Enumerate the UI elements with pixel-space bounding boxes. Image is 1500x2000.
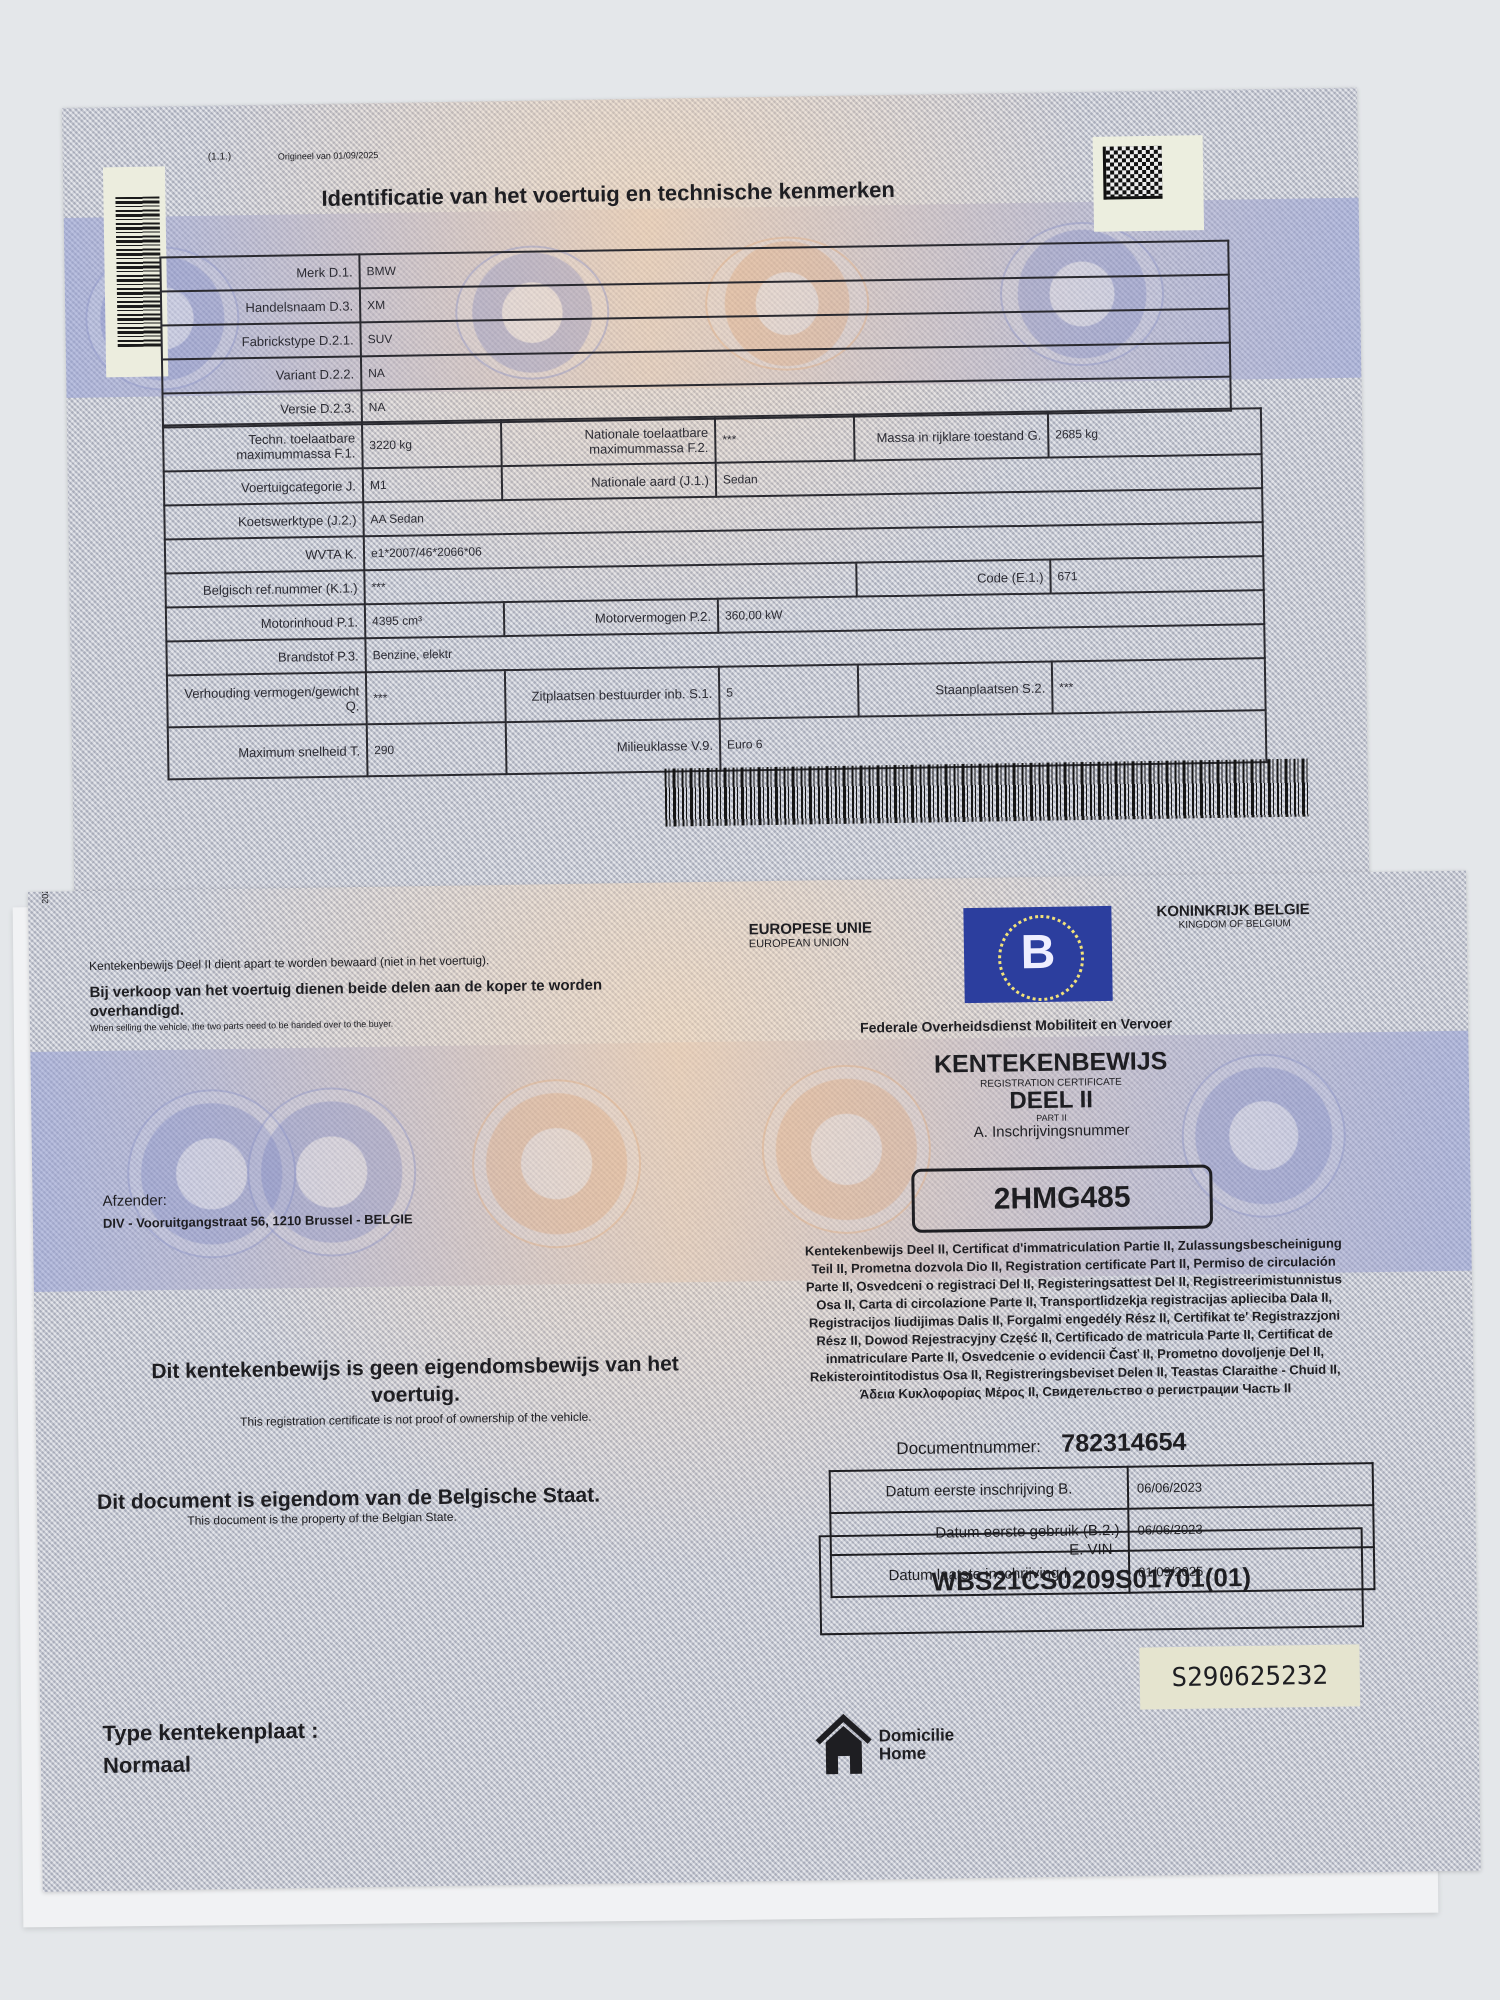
label-ref-nummer: Belgisch ref.nummer (K.1.) <box>165 570 365 607</box>
doc-number-label: Documentnummer: <box>896 1437 1041 1459</box>
property-notice-en: This document is the property of the Bel… <box>187 1510 457 1528</box>
label-massa-rijklaar: Massa in rijklare toestand <box>876 427 1024 444</box>
home-label: Domicilie Home <box>878 1726 954 1763</box>
label-nat-aard: Nationale aard (J.1.) <box>502 463 717 500</box>
side-code: 2022_13 <box>40 871 51 904</box>
label-milieuklasse: Milieuklasse V.9. <box>506 719 721 774</box>
label-wvta: WVTA K. <box>165 536 365 573</box>
home-icon <box>813 1712 874 1777</box>
ownership-notice-en: This registration certificate is not pro… <box>136 1408 696 1430</box>
serial-number: S290625232 <box>1139 1644 1360 1709</box>
date-code: B. <box>1058 1480 1072 1497</box>
value-motorinhoud: 4395 cm³ <box>365 602 505 638</box>
registration-sheet: 2022_13 Kentekenbewijs Deel II dient apa… <box>28 871 1481 1892</box>
label-verhouding: Verhouding vermogen/gewicht <box>184 683 359 701</box>
label-motorvermogen: Motorvermogen P.2. <box>504 599 719 636</box>
label-motorinhoud: Motorinhoud P.1. <box>166 604 366 641</box>
vin-value: WBS21CS0209S01701(01) <box>821 1560 1361 1599</box>
eu-flag-icon: B <box>963 906 1112 1003</box>
label-koetswerk: Koetswerktype (J.2.) <box>164 502 364 539</box>
multilingual-titles: Kentekenbewijs Deel II, Certificat d'imm… <box>803 1235 1345 1405</box>
vin-label: E. VIN <box>821 1537 1361 1562</box>
plate-type: Normaal <box>103 1752 191 1779</box>
form-code: (1.1.) <box>208 151 232 162</box>
doc-number: 782314654 <box>1061 1428 1187 1459</box>
notice-sale-en: When selling the vehicle, the two parts … <box>90 1019 393 1033</box>
vertical-barcode <box>103 166 168 377</box>
date-value: 06/06/2023 <box>1128 1463 1374 1509</box>
tech-table-identity: Merk D.1.BMW Handelsnaam D.3.XM Fabricks… <box>159 240 1232 429</box>
notice-sale: Bij verkoop van het voertuig dienen beid… <box>89 975 650 1021</box>
registration-number: 2HMG485 <box>911 1164 1213 1232</box>
value-categorie: M1 <box>363 466 503 502</box>
value-verhouding: *** <box>366 670 506 724</box>
cert-title: KENTEKENBEWIJS <box>910 1047 1190 1080</box>
value-zitplaatsen: 5 <box>719 665 859 719</box>
label-variant: Variant D.2.2. <box>162 356 362 393</box>
notice-keep-separate: Kentekenbewijs Deel II dient apart te wo… <box>89 953 489 973</box>
date-label: Datum eerste inschrijving <box>885 1480 1054 1499</box>
value-techn-mass: 3220 kg <box>362 420 502 468</box>
plate-type-label: Type kentekenplaat : <box>102 1718 318 1747</box>
code-q: Q. <box>346 698 360 713</box>
label-zitplaatsen: Zitplaatsen bestuurder inb. <box>531 686 685 703</box>
authority: Federale Overheidsdienst Mobiliteit en V… <box>860 1015 1172 1036</box>
eu-label-en: EUROPEAN UNION <box>749 937 849 950</box>
label-brandstof: Brandstof P.3. <box>166 638 366 675</box>
technical-sheet: (1.1.) Origineel van 01/09/2025 Identifi… <box>62 88 1369 898</box>
code-g: G. <box>1027 427 1041 442</box>
code-f1: F.1. <box>334 445 355 460</box>
horizontal-barcode <box>664 758 1310 826</box>
value-code-e1: 671 <box>1050 556 1264 593</box>
label-staanplaatsen: Staanplaatsen S.2. <box>858 662 1053 717</box>
value-max-snelheid: 290 <box>367 722 507 776</box>
label-merk: Merk D.1. <box>160 254 360 291</box>
ownership-notice: Dit kentekenbewijs is geen eigendomsbewi… <box>135 1350 696 1412</box>
code-f2: F.2. <box>687 440 708 455</box>
label-categorie: Voertuigcategorie J. <box>164 468 364 505</box>
qr-code <box>1093 135 1204 232</box>
original-date: Origineel van 01/09/2025 <box>278 150 379 162</box>
value-staanplaatsen: *** <box>1052 658 1266 713</box>
value-nat-mass: *** <box>715 415 855 463</box>
home-label-nl: Domicilie <box>878 1726 954 1745</box>
label-fabriekstype: Fabrickstype D.2.1. <box>161 322 361 359</box>
value-massa-rijklaar: 2685 kg <box>1048 408 1262 457</box>
eu-label: EUROPESE UNIE <box>749 919 873 938</box>
label-max-snelheid: Maximum snelheid T. <box>168 724 368 779</box>
tech-table-specs: Techn. toelaatbare maximummassa F.1. 322… <box>162 407 1267 780</box>
code-s1: S.1. <box>689 685 712 700</box>
certificate-heading: KENTEKENBEWIJS REGISTRATION CERTIFICATE … <box>910 1047 1191 1142</box>
label-handelsnaam: Handelsnaam D.3. <box>161 288 361 325</box>
home-label-en: Home <box>879 1744 955 1763</box>
label-code-e1: Code (E.1.) <box>856 560 1051 597</box>
kingdom-label-en: KINGDOM OF BELGIUM <box>1179 918 1291 931</box>
vin-box: E. VIN WBS21CS0209S01701(01) <box>819 1527 1364 1635</box>
sender-label: Afzender: <box>102 1192 166 1210</box>
